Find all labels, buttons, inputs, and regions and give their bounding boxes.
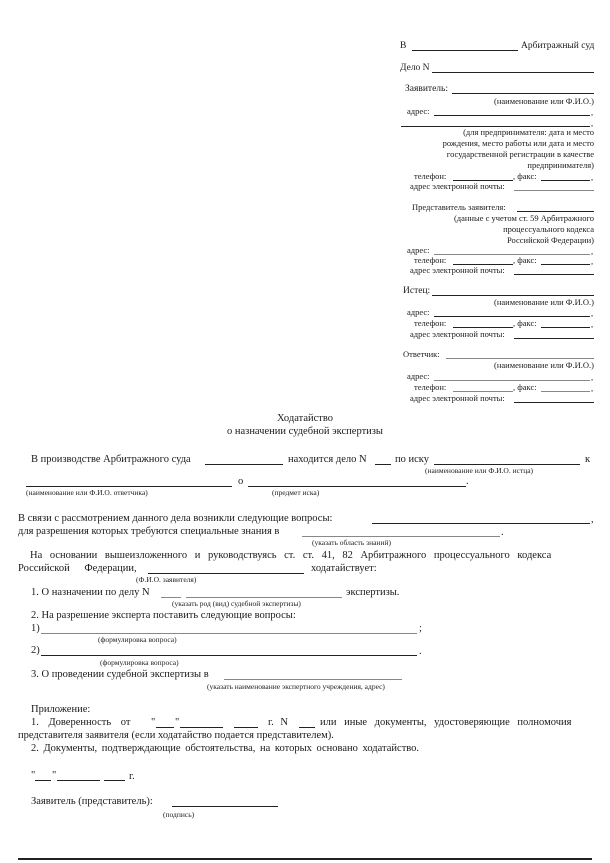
entrepreneur-hint-4: предпринимателя) <box>527 161 594 170</box>
defendant-hint: (наименование или Ф.И.О.) <box>494 361 594 370</box>
representative-address-field[interactable] <box>434 254 590 255</box>
applicant-name-field[interactable] <box>452 93 594 94</box>
defendant-fax-field[interactable] <box>541 391 590 392</box>
date-quote-close: " <box>52 771 56 782</box>
comma: , <box>591 247 593 256</box>
expert-institution-field[interactable] <box>224 679 402 680</box>
expertise-type-field[interactable] <box>186 597 342 598</box>
question-2-hint: (формулировка вопроса) <box>100 659 179 667</box>
item-1-case-no-field[interactable] <box>161 597 181 598</box>
applicant-name-hint: (Ф.И.О. заявителя) <box>136 576 196 584</box>
date-year-field[interactable] <box>104 780 125 781</box>
expert-institution-hint: (указать наименование экспертного учрежд… <box>207 683 385 691</box>
quote-open: " <box>151 718 155 729</box>
representative-label: Представитель заявителя: <box>412 203 506 212</box>
representative-fax-field[interactable] <box>541 264 590 265</box>
title-line-1: Ходатайство <box>0 414 610 425</box>
questions-field[interactable] <box>372 523 590 524</box>
p1-text-b: находится дело N <box>288 455 367 466</box>
plaintiff-name-field[interactable] <box>432 295 594 296</box>
court-prefix: В <box>400 42 406 52</box>
attachment-2: 2. Документы, подтверждающие обстоятельс… <box>31 744 419 755</box>
p1-about: о <box>238 477 243 488</box>
entrepreneur-hint-3: государственной регистрации в качестве <box>447 150 594 159</box>
court-field[interactable] <box>205 464 283 465</box>
signature-field[interactable] <box>172 806 278 807</box>
representative-hint-1: (данные с учетом ст. 59 Арбитражного <box>454 214 594 223</box>
applicant-phone-label: телефон: <box>414 172 446 181</box>
plaintiff-address-label: адрес: <box>407 308 429 317</box>
date-month-field[interactable] <box>57 780 100 781</box>
plaintiff-address-field[interactable] <box>434 316 590 317</box>
attachment-1-line-2: представителя заявителя (если ходатайств… <box>18 731 334 742</box>
attorney-year-field[interactable] <box>234 727 258 728</box>
representative-fax-label: , факс: <box>513 256 537 265</box>
defendant-address-label: адрес: <box>407 372 429 381</box>
comma: , <box>591 320 593 329</box>
p1-text-c: по иску <box>395 455 429 466</box>
date-day-field[interactable] <box>35 780 51 781</box>
defendant-label: Ответчик: <box>403 350 440 359</box>
p3-line-2-a: Российской Федерации, <box>18 564 137 575</box>
comma: , <box>591 257 593 266</box>
item-1-text-a: 1. О назначении по делу N <box>31 588 150 599</box>
defendant-phone-field[interactable] <box>453 391 513 392</box>
case-number-field[interactable] <box>432 72 594 73</box>
p2-line-1: В связи с рассмотрением данного дела воз… <box>18 514 332 525</box>
court-suffix: Арбитражный суд <box>521 42 594 52</box>
plaintiff-phone-field[interactable] <box>453 327 513 328</box>
plaintiff-label: Истец: <box>403 287 430 297</box>
question-1-end: ; <box>419 624 422 635</box>
expertise-type-hint: (указать род (вид) судебной экспертизы) <box>172 600 301 608</box>
plaintiff-field[interactable] <box>434 464 580 465</box>
claim-subject-hint: (предмет иска) <box>272 489 319 497</box>
defendant-field-hint: (наименование или Ф.И.О. ответчика) <box>26 489 148 497</box>
applicant-fax-field[interactable] <box>541 180 590 181</box>
comma: , <box>591 384 593 393</box>
plaintiff-email-label: адрес электронной почты: <box>410 330 505 339</box>
case-no-field[interactable] <box>375 464 391 465</box>
applicant-fax-label: , факс: <box>513 172 537 181</box>
item-1-text-b: экспертизы. <box>346 588 399 599</box>
entrepreneur-hint-1: (для предпринимателя: дата и место <box>463 128 594 137</box>
defendant-email-label: адрес электронной почты: <box>410 394 505 403</box>
signature-hint: (подпись) <box>163 811 194 819</box>
question-1-field[interactable] <box>41 633 417 634</box>
applicant-label: Заявитель: <box>405 85 448 95</box>
defendant-fax-label: , факс: <box>513 383 537 392</box>
period: . <box>466 477 469 488</box>
applicant-email-field[interactable] <box>514 190 594 191</box>
defendant-name-field[interactable] <box>446 358 594 359</box>
representative-email-label: адрес электронной почты: <box>410 266 505 275</box>
p3-line-1: На основании вышеизложенного и руководст… <box>30 551 592 562</box>
attorney-month-field[interactable] <box>180 727 223 728</box>
knowledge-area-field[interactable] <box>302 536 500 537</box>
knowledge-area-hint: (указать область знаний) <box>312 539 391 547</box>
attorney-number-field[interactable] <box>299 727 315 728</box>
item-2-text: 2. На разрешение эксперта поставить след… <box>31 611 296 622</box>
claim-subject-field[interactable] <box>248 486 466 487</box>
comma: , <box>591 309 593 318</box>
defendant-email-field[interactable] <box>514 402 594 403</box>
defendant-address-field[interactable] <box>434 380 590 381</box>
footer-rule <box>18 858 592 860</box>
quote-close: " <box>175 718 179 729</box>
defendant-field[interactable] <box>26 486 232 487</box>
date-year-suffix: г. <box>129 772 135 783</box>
representative-email-field[interactable] <box>514 274 594 275</box>
comma: , <box>591 373 593 382</box>
applicant-hint: (наименование или Ф.И.О.) <box>494 97 594 106</box>
attorney-day-field[interactable] <box>156 727 174 728</box>
case-number-label: Дело N <box>400 64 430 74</box>
applicant-address-field[interactable] <box>434 115 590 116</box>
plaintiff-phone-label: телефон: <box>414 319 446 328</box>
p3-line-2-b: ходатайствует: <box>311 564 377 575</box>
question-1-hint: (формулировка вопроса) <box>98 636 177 644</box>
applicant-address-label: адрес: <box>407 107 429 116</box>
representative-hint-3: Российской Федерации) <box>507 236 594 245</box>
court-name-field[interactable] <box>412 50 518 51</box>
period: . <box>501 528 504 539</box>
plaintiff-hint: (наименование или Ф.И.О.) <box>494 298 594 307</box>
comma: , <box>591 515 594 526</box>
plaintiff-field-hint: (наименование или Ф.И.О. истца) <box>425 467 533 475</box>
question-2-field[interactable] <box>41 655 417 656</box>
applicant-email-label: адрес электронной почты: <box>410 182 505 191</box>
representative-address-label: адрес: <box>407 246 429 255</box>
p1-text-a: В производстве Арбитражного суда <box>31 455 191 466</box>
plaintiff-fax-label: , факс: <box>513 319 537 328</box>
signature-label: Заявитель (представитель): <box>31 797 153 808</box>
p1-text-d: к <box>585 455 590 466</box>
representative-name-field[interactable] <box>517 211 594 212</box>
item-3-text: 3. О проведении судебной экспертизы в <box>31 670 209 681</box>
entrepreneur-hint-2: рождения, место работы или дата и место <box>443 139 594 148</box>
plaintiff-fax-field[interactable] <box>541 327 590 328</box>
plaintiff-email-field[interactable] <box>514 338 594 339</box>
defendant-phone-label: телефон: <box>414 383 446 392</box>
attachment-1-text-a: 1. Доверенность от <box>31 718 131 729</box>
applicant-name-field-body[interactable] <box>148 573 304 574</box>
representative-phone-label: телефон: <box>414 256 446 265</box>
representative-hint-2: процессуального кодекса <box>503 225 594 234</box>
comma: , <box>591 108 593 117</box>
comma: , <box>591 173 593 182</box>
question-1-label: 1) <box>31 624 40 635</box>
attachments-title: Приложение: <box>31 705 90 716</box>
title-line-2: о назначении судебной экспертизы <box>0 427 610 438</box>
question-2-label: 2) <box>31 646 40 657</box>
question-2-end: . <box>419 647 422 658</box>
p2-line-2: для разрешения которых требуются специал… <box>18 527 279 538</box>
attachment-1-text-b: г. N <box>268 718 288 729</box>
attachment-1-text-c: или иные документы, удостоверяющие полно… <box>320 718 571 729</box>
